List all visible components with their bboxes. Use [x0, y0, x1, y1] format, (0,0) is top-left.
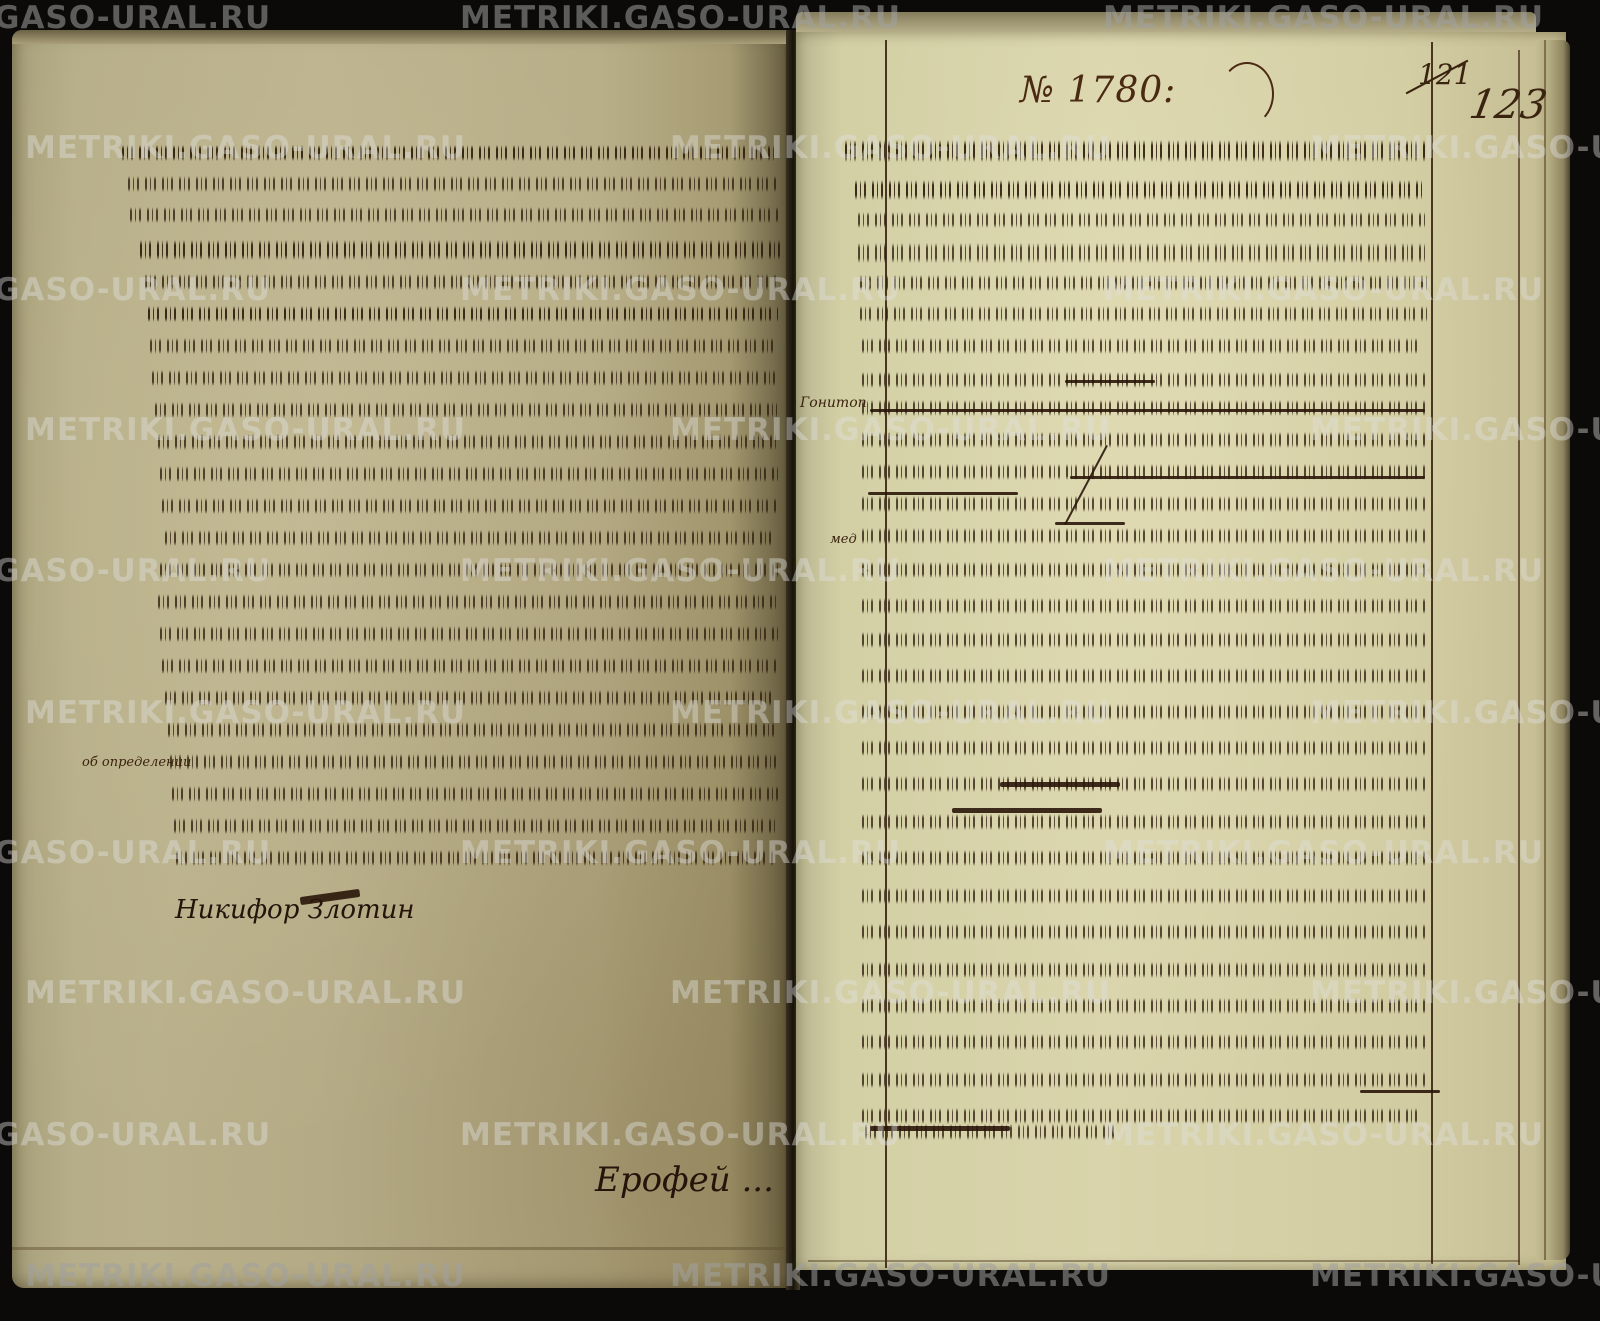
handwritten-line [862, 924, 1427, 940]
right-margin-rule [1431, 42, 1433, 1264]
handwritten-line [155, 402, 777, 418]
handwritten-line [148, 306, 778, 322]
handwritten-line [862, 1072, 1427, 1088]
handwritten-line [176, 850, 776, 866]
bottom-signature: Ерофей ... [595, 1160, 774, 1200]
left-margin-note: об определении [82, 755, 191, 770]
handwritten-line [862, 668, 1427, 684]
handwritten-line [862, 776, 1427, 792]
handwritten-line [172, 786, 778, 802]
handwritten-line [130, 207, 778, 223]
strikethrough [1065, 380, 1155, 383]
flourish-ornament [1220, 62, 1274, 126]
handwritten-line [862, 1034, 1427, 1050]
strikethrough [870, 409, 1425, 412]
handwritten-line [862, 998, 1427, 1014]
handwritten-line [858, 212, 1428, 228]
strikethrough [1000, 782, 1120, 787]
page-fold-line [12, 1247, 792, 1250]
handwritten-line [150, 338, 778, 354]
handwritten-line [168, 722, 778, 738]
handwritten-line [145, 274, 777, 290]
handwritten-line [860, 275, 1428, 291]
handwritten-line [862, 632, 1427, 648]
handwritten-line [862, 888, 1427, 904]
handwritten-line [855, 180, 1425, 200]
handwritten-line [165, 690, 777, 706]
handwritten-line [160, 626, 778, 642]
handwritten-line [862, 496, 1427, 512]
bottom-rule [808, 1260, 1520, 1262]
handwritten-line [128, 176, 778, 192]
handwritten-line [862, 814, 1427, 830]
handwritten-line [858, 243, 1428, 263]
strikethrough [1360, 1090, 1440, 1093]
handwritten-line [862, 432, 1427, 448]
handwritten-line [862, 598, 1427, 614]
handwritten-line [170, 754, 778, 770]
handwritten-line [122, 145, 777, 161]
handwritten-line [165, 530, 777, 546]
handwritten-line [862, 1108, 1422, 1124]
handwritten-line [862, 400, 1427, 416]
old-folio-number: 121 [1418, 58, 1471, 91]
right-margin-note: мед [830, 532, 857, 547]
handwritten-line [158, 434, 778, 450]
manuscript-spread: об определении Никифор Злотин Ерофей ...… [0, 0, 1600, 1321]
strikethrough [870, 1126, 1010, 1131]
handwritten-line [162, 498, 778, 514]
handwritten-line [160, 562, 778, 578]
handwritten-line [862, 562, 1427, 578]
entry-number-text: № 1780: [1020, 70, 1176, 111]
handwritten-line [160, 466, 778, 482]
strikethrough [1070, 476, 1425, 479]
handwritten-line [862, 962, 1427, 978]
handwritten-line [862, 528, 1427, 544]
right-margin-note: Гонитоп [800, 395, 867, 411]
folio-number: 123 [1466, 82, 1550, 128]
handwritten-line [174, 818, 778, 834]
handwritten-line [862, 338, 1422, 354]
outer-margin-rule [1518, 50, 1520, 1265]
handwritten-line [860, 306, 1428, 322]
handwritten-line [862, 740, 1427, 756]
strikethrough [868, 492, 1018, 495]
strikethrough [952, 808, 1102, 813]
handwritten-line [862, 704, 1427, 720]
page-edge-stack [1536, 40, 1570, 1260]
handwritten-line [140, 240, 780, 260]
left-page-signature: Никифор Злотин [175, 895, 415, 925]
handwritten-line [862, 850, 1427, 866]
handwritten-line [158, 594, 778, 610]
entry-number: № 1780: [1020, 70, 1176, 111]
handwritten-line [845, 140, 1425, 162]
handwritten-line [152, 370, 777, 386]
handwritten-line [162, 658, 777, 674]
